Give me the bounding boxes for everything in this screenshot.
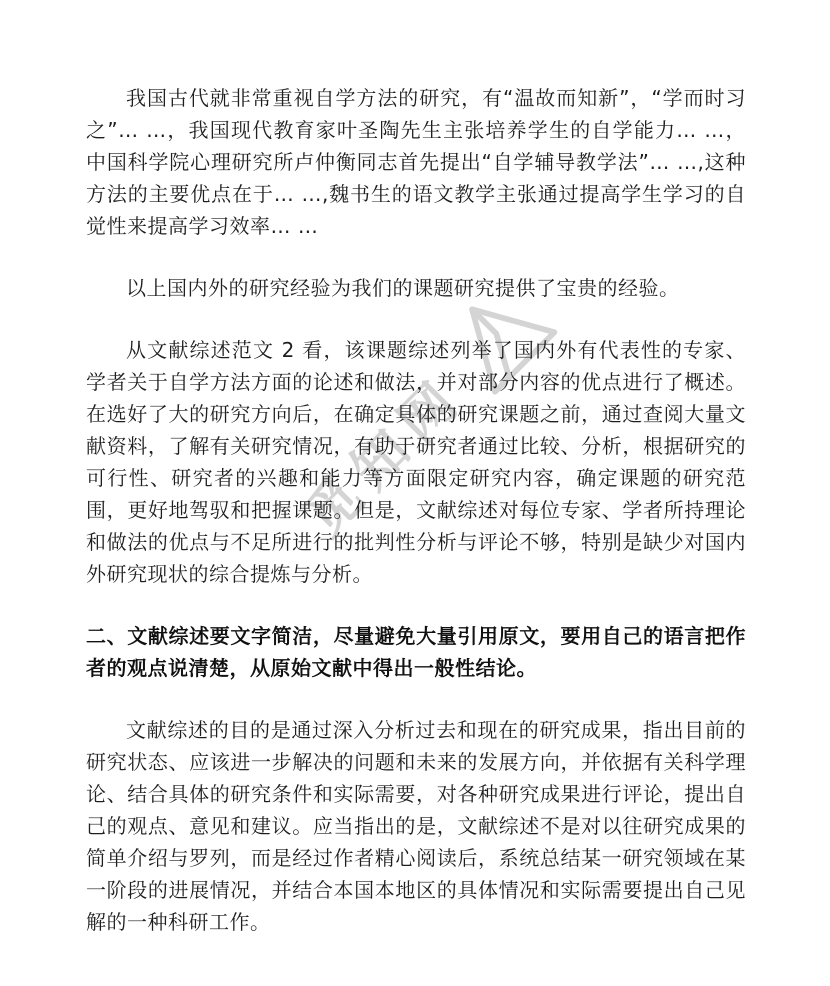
paragraph-review-sample-analysis: 从文献综述范文 2 看，该课题综述列举了国内外有代表性的专家、学者关于自学方法方… <box>86 334 746 590</box>
paragraph-review-purpose: 文献综述的目的是通过深入分析过去和现在的研究成果，指出目前的研究状态、应该进一步… <box>86 714 746 938</box>
document-page: 觅知网 我国古代就非常重视自学方法的研究，有“温故而知新”，“学而时习之”… …… <box>0 0 830 986</box>
paragraph-domestic-research: 我国古代就非常重视自学方法的研究，有“温故而知新”，“学而时习之”… …，我国现… <box>86 82 746 242</box>
paragraph-experience-summary: 以上国内外的研究经验为我们的课题研究提供了宝贵的经验。 <box>86 272 746 304</box>
document-content: 我国古代就非常重视自学方法的研究，有“温故而知新”，“学而时习之”… …，我国现… <box>0 0 830 938</box>
section-heading-concise-writing: 二、文献综述要文字简洁，尽量避免大量引用原文，要用自己的语言把作者的观点说清楚，… <box>86 620 746 684</box>
